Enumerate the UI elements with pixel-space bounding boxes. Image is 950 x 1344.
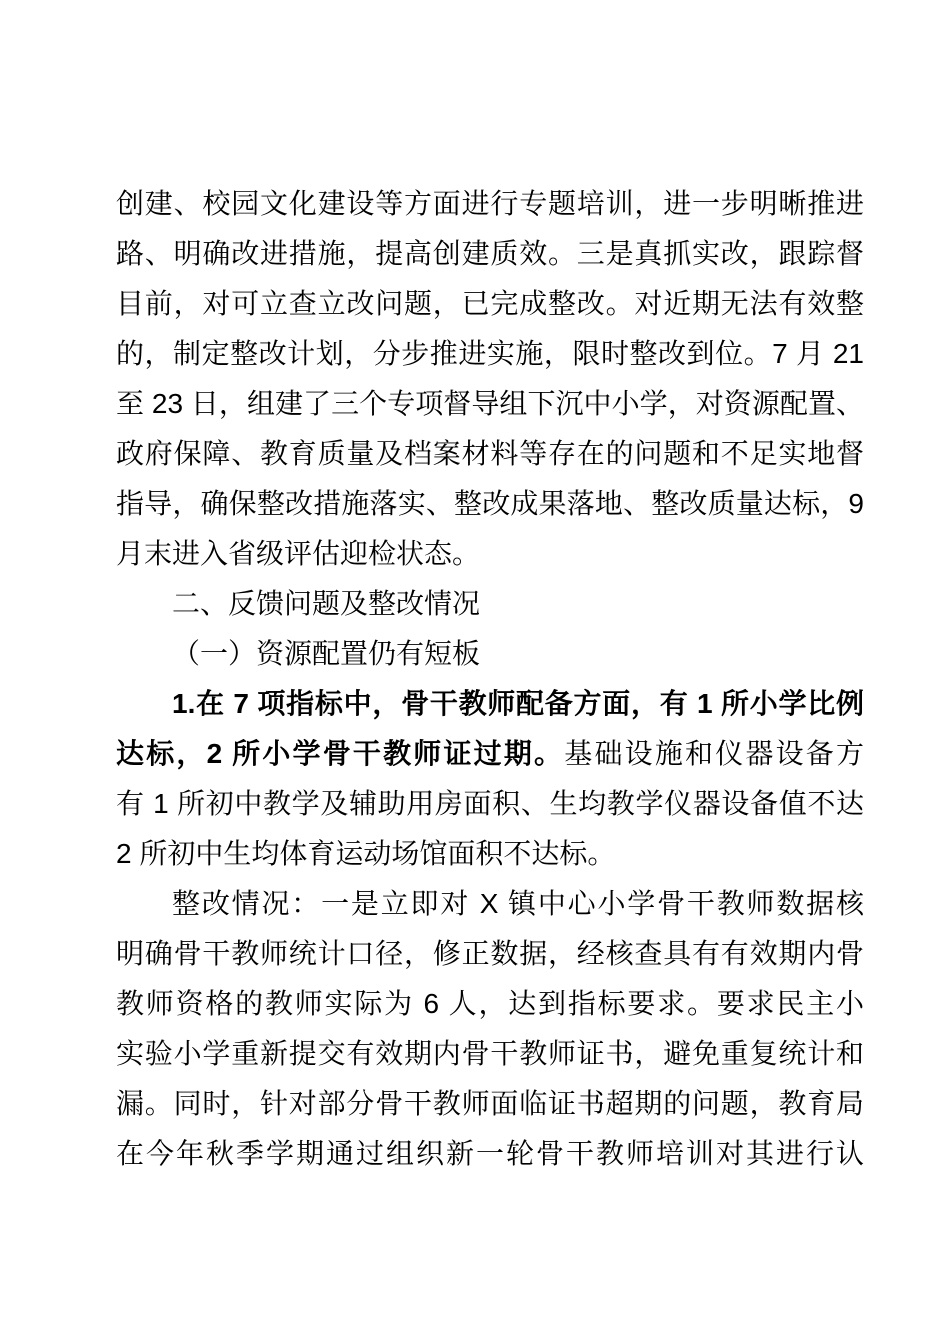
text-segment: （一）资源配置仍有短板 [172,638,480,669]
text-line: 明确骨干教师统计口径，修正数据，经核查具有有效期内骨干 [116,929,864,979]
text-segment: 漏。同时，针对部分骨干教师面临证书超期的问题，教育局将 [116,1088,864,1129]
text-line: 教师资格的教师实际为 6 人，达到指标要求。要求民主小学、 [116,979,864,1029]
text-line: 实验小学重新提交有效期内骨干教师证书，避免重复统计和遗 [116,1029,864,1079]
text-line: 2 所初中生均体育运动场馆面积不达标。 [116,829,864,879]
bold-text-segment: 达标，2 所小学骨干教师证过期。 [116,738,564,769]
text-line: 路、明确改进措施，提高创建质效。三是真抓实改，跟踪督导。 [116,229,864,279]
text-segment: 指导，确保整改措施落实、整改成果落地、整改质量达标，9 [116,488,864,519]
document-text-block: 创建、校园文化建设等方面进行专题培训，进一步明晰推进思路、明确改进措施，提高创建… [116,179,864,1179]
text-segment: 实验小学重新提交有效期内骨干教师证书，避免重复统计和遗 [116,1038,864,1079]
text-line: 至 23 日，组建了三个专项督导组下沉中小学，对资源配置、 [116,379,864,429]
bold-text-segment: 1.在 7 项指标中，骨干教师配备方面，有 1 所小学比例不 [116,688,864,729]
text-segment: 二、反馈问题及整改情况 [172,588,480,619]
text-line: 有 1 所初中教学及辅助用房面积、生均教学仪器设备值不达标， [116,779,864,829]
text-line: 二、反馈问题及整改情况 [116,579,864,629]
text-segment: 政府保障、教育质量及档案材料等存在的问题和不足实地督查 [116,438,864,479]
text-segment: 路、明确改进措施，提高创建质效。三是真抓实改，跟踪督导。 [116,238,864,279]
text-line: 1.在 7 项指标中，骨干教师配备方面，有 1 所小学比例不 [116,679,864,729]
text-segment: 月末进入省级评估迎检状态。 [116,538,480,569]
document-page: 创建、校园文化建设等方面进行专题培训，进一步明晰推进思路、明确改进措施，提高创建… [0,0,950,1344]
text-line: 的，制定整改计划，分步推进实施，限时整改到位。7 月 21 日 [116,329,864,379]
text-segment: 整改情况：一是立即对 X 镇中心小学骨干教师数据核查， [116,888,864,929]
text-line: 指导，确保整改措施落实、整改成果落地、整改质量达标，9 [116,479,864,529]
text-line: 目前，对可立查立改问题，已完成整改。对近期无法有效整改 [116,279,864,329]
text-line: 整改情况：一是立即对 X 镇中心小学骨干教师数据核查， [116,879,864,929]
text-line: 达标，2 所小学骨干教师证过期。基础设施和仪器设备方面， [116,729,864,779]
text-line: （一）资源配置仍有短板 [116,629,864,679]
text-segment: 2 所初中生均体育运动场馆面积不达标。 [116,838,615,869]
text-segment: 创建、校园文化建设等方面进行专题培训，进一步明晰推进思 [116,188,864,229]
text-segment: 有 1 所初中教学及辅助用房面积、生均教学仪器设备值不达标， [116,788,864,829]
text-line: 漏。同时，针对部分骨干教师面临证书超期的问题，教育局将 [116,1079,864,1129]
text-line: 在今年秋季学期通过组织新一轮骨干教师培训对其进行认定。 [116,1129,864,1179]
text-segment: 明确骨干教师统计口径，修正数据，经核查具有有效期内骨干 [116,938,864,979]
text-segment: 的，制定整改计划，分步推进实施，限时整改到位。7 月 21 日 [116,338,864,379]
text-line: 创建、校园文化建设等方面进行专题培训，进一步明晰推进思 [116,179,864,229]
text-segment: 至 23 日，组建了三个专项督导组下沉中小学，对资源配置、 [116,388,864,419]
text-line: 月末进入省级评估迎检状态。 [116,529,864,579]
text-segment: 教师资格的教师实际为 6 人，达到指标要求。要求民主小学、 [116,988,864,1029]
text-segment: 在今年秋季学期通过组织新一轮骨干教师培训对其进行认定。 [116,1138,864,1179]
text-segment: 目前，对可立查立改问题，已完成整改。对近期无法有效整改 [116,288,864,329]
text-line: 政府保障、教育质量及档案材料等存在的问题和不足实地督查 [116,429,864,479]
